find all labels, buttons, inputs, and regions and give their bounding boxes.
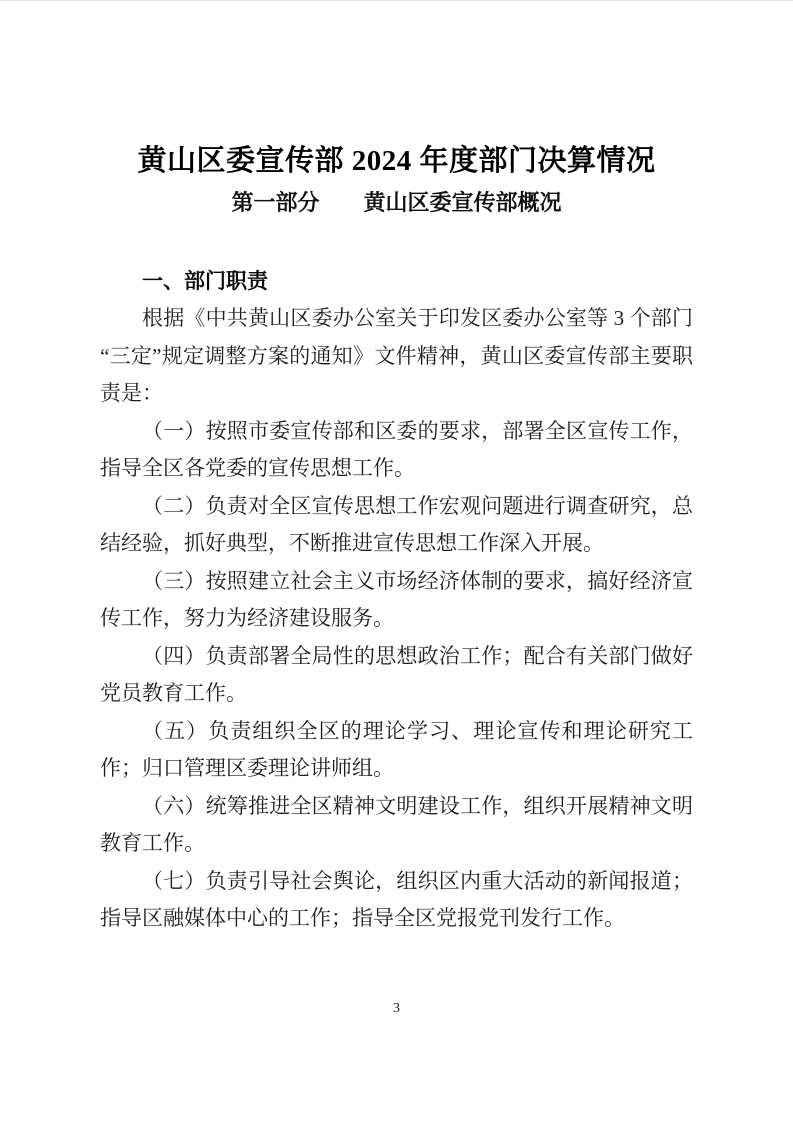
document-title: 黄山区委宣传部 2024 年度部门决算情况 xyxy=(0,143,793,179)
paragraph-duty-2: （二）负责对全区宣传思想工作宏观问题进行调查研究，总结经验，抓好典型，不断推进宣… xyxy=(100,488,693,563)
section-title: 第一部分 黄山区委宣传部概况 xyxy=(0,189,793,217)
paragraph-duty-7: （七）负责引导社会舆论，组织区内重大活动的新闻报道；指导区融媒体中心的工作；指导… xyxy=(100,863,693,938)
paragraph-duty-1: （一）按照市委宣传部和区委的要求，部署全区宣传工作，指导全区各党委的宣传思想工作… xyxy=(100,413,693,488)
document-body: 一、部门职责 根据《中共黄山区委办公室关于印发区委办公室等 3 个部门“三定”规… xyxy=(100,264,693,938)
duties-heading: 一、部门职责 xyxy=(100,264,693,300)
paragraph-duty-3: （三）按照建立社会主义市场经济体制的要求，搞好经济宣传工作，努力为经济建设服务。 xyxy=(100,563,693,638)
paragraph-intro: 根据《中共黄山区委办公室关于印发区委办公室等 3 个部门“三定”规定调整方案的通… xyxy=(100,300,693,413)
page-number: 3 xyxy=(0,1000,793,1018)
paragraph-duty-5: （五）负责组织全区的理论学习、理论宣传和理论研究工作；归口管理区委理论讲师组。 xyxy=(100,713,693,788)
document-page: 黄山区委宣传部 2024 年度部门决算情况 第一部分 黄山区委宣传部概况 一、部… xyxy=(0,0,793,1122)
paragraph-duty-6: （六）统筹推进全区精神文明建设工作，组织开展精神文明教育工作。 xyxy=(100,788,693,863)
paragraph-duty-4: （四）负责部署全局性的思想政治工作；配合有关部门做好党员教育工作。 xyxy=(100,638,693,713)
